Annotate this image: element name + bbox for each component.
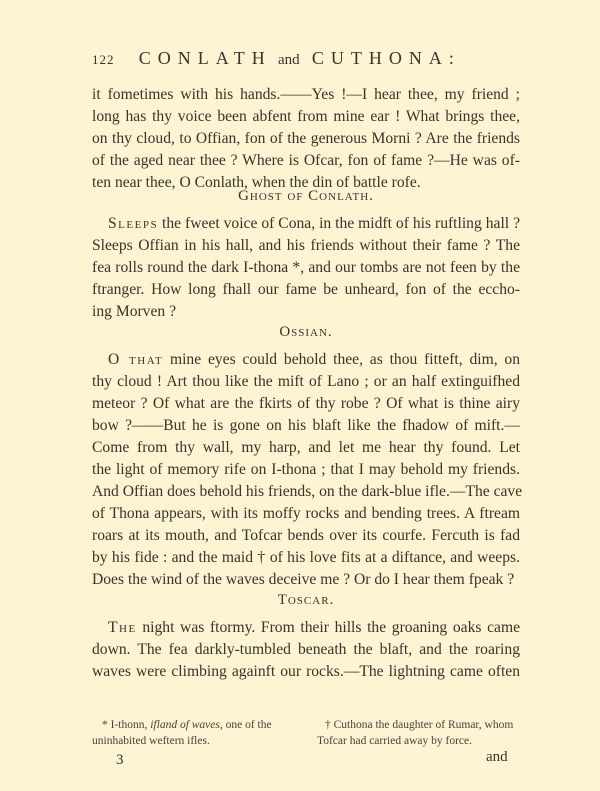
text-line: ing Morven ? [92,301,520,323]
book-page: 122 CONLATH and CUTHONA: it fometimes wi… [0,0,600,791]
lead-word: The [108,619,137,636]
running-title-conjunction: and [278,52,300,68]
text-line: thy cloud ! Art thou like the mift of La… [92,371,520,393]
text-line: The night was ftormy. From their hills t… [92,617,520,639]
toscar-speech: The night was ftormy. From their hills t… [92,617,520,683]
text-line: Does the wind of the waves deceive me ? … [92,569,520,591]
text-line: the light of memory rife on I-thona ; th… [92,459,520,481]
footnote-term: I-thonn, [111,719,148,731]
text-line: And Offian does behold his friends, on t… [92,481,520,503]
running-title-part1: CONLATH [139,48,272,68]
speaker-heading-toscar: Toscar. [92,592,520,609]
text-line: it fometimes with his hands.——Yes !—I he… [92,84,520,106]
catchword: and [486,749,508,766]
speaker-heading-ossian: Ossian. [92,324,520,341]
footnote-gloss: ifland of waves, [150,719,223,731]
text-line: on thy cloud, to Offian, fon of the gene… [92,128,520,150]
lead-word: Sleeps [108,215,158,232]
text-line: Come from thy wall, my harp, and let me … [92,437,520,459]
text-line: roars at its mouth, and Tofcar bends ove… [92,525,520,547]
footnote-marker-asterisk: * [102,719,108,731]
signature-mark: 3 [116,752,124,769]
text-line: long has thy voice been abfent from mine… [92,106,520,128]
running-head: 122 CONLATH and CUTHONA: [92,48,512,69]
lead-word: O that [108,351,163,368]
footnote-line: * I-thonn, ifland of waves, one of the [92,717,307,733]
footnote-line: Tofcar had carried away by force. [317,733,527,749]
page-number: 122 [92,52,115,67]
text-line: bow ?——But he is gone on his blaft like … [92,415,520,437]
text-line: Sleeps the fweet voice of Cona, in the m… [92,213,520,235]
text-line: waves were climbing againft our rocks.—T… [92,661,520,683]
footnote-line: † Cuthona the daughter of Rumar, whom [317,717,527,733]
intro-paragraph: it fometimes with his hands.——Yes !—I he… [92,84,520,194]
text-line: O that mine eyes could behold thee, as t… [92,349,520,371]
text-line: of Thona appears, with its moffy rocks a… [92,503,520,525]
running-title-part2: CUTHONA: [312,48,461,68]
text-line: of the aged near thee ? Where is Ofcar, … [92,150,520,172]
text-line: by his fide : and the maid † of his love… [92,547,520,569]
footnote-cuthona: † Cuthona the daughter of Rumar, whom To… [317,717,527,749]
text-line: fea rolls round the dark I-thona *, and … [92,257,520,279]
speaker-heading-ghost-of-conlath: Ghost of Conlath. [92,188,520,205]
text-line: meteor ? Of what are the fkirts of thy r… [92,393,520,415]
text-line: Sleeps Offian in his hall, and his frien… [92,235,520,257]
ghost-of-conlath-speech: Sleeps the fweet voice of Cona, in the m… [92,213,520,323]
ossian-speech: O that mine eyes could behold thee, as t… [92,349,520,591]
footnote-ithona: * I-thonn, ifland of waves, one of the u… [92,717,307,749]
text-line: ftranger. How long fhall our fame be unh… [92,279,520,301]
footnote-line: uninhabited weftern ifles. [92,733,307,749]
text-line: down. The fea darkly-tumbled beneath the… [92,639,520,661]
